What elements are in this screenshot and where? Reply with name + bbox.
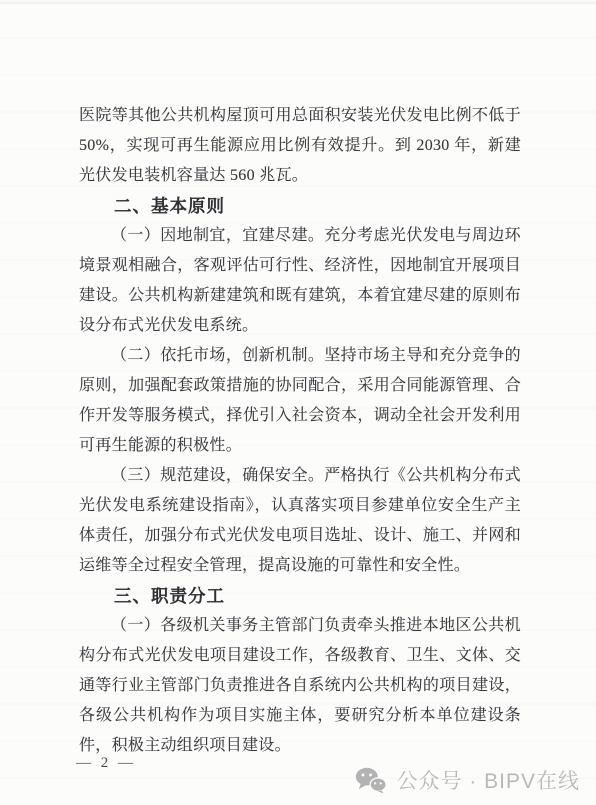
paragraph: （一）因地制宜，宜建尽建。充分考虑光伏发电与周边环境景观相融合，客观评估可行性、… [79,221,521,341]
paragraph: （三）规范建设，确保安全。严格执行《公共机构分布式光伏发电系统建设指南》，认真落… [79,461,521,581]
page-number: — 2 — [76,755,136,772]
paragraph: （二）依托市场，创新机制。坚持市场主导和充分竞争的原则，加强配套政策措施的协同配… [79,341,521,461]
document-body: 医院等其他公共机构屋顶可用总面积安装光伏发电比例不低于 50%，实现可再生能源应… [79,101,521,761]
watermark-label: 公众号 · BIPV在线 [396,765,580,795]
scan-edge-artifact [0,0,596,4]
section-heading-responsibilities: 三、职责分工 [79,581,521,611]
paragraph-intro: 医院等其他公共机构屋顶可用总面积安装光伏发电比例不低于 50%，实现可再生能源应… [79,101,521,191]
section-heading-basic-principles: 二、基本原则 [79,191,521,221]
watermark: 公众号 · BIPV在线 [355,765,580,795]
paragraph: （一）各级机关事务主管部门负责牵头推进本地区公共机构分布式光伏发电项目建设工作，… [79,611,521,761]
document-page: 医院等其他公共机构屋顶可用总面积安装光伏发电比例不低于 50%，实现可再生能源应… [0,0,596,805]
wechat-icon [355,766,387,794]
